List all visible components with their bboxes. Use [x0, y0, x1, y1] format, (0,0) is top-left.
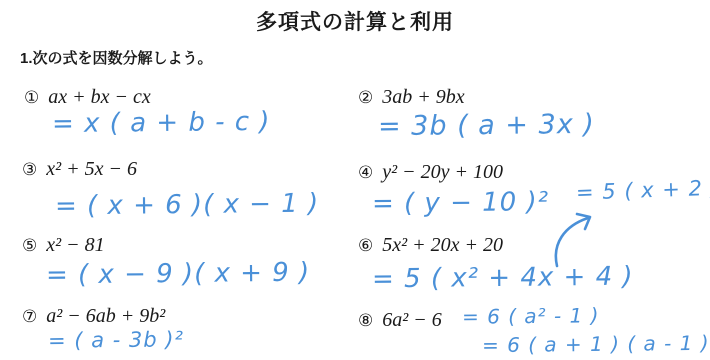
section-heading: 1.次の式を因数分解しよう。	[20, 47, 213, 68]
problem-4: ④y² − 20y + 100	[358, 161, 503, 184]
problem-8: ⑧6a² − 6	[358, 309, 442, 332]
problem-3-expression: x² + 5x − 6	[46, 158, 137, 180]
problem-4-expression: y² − 20y + 100	[382, 161, 503, 183]
problem-6: ⑥5x² + 20x + 20	[358, 234, 503, 257]
problem-5: ⑤x² − 81	[22, 234, 105, 257]
problem-5-answer-handwritten: = ( x − 9 )( x + 9 )	[46, 258, 310, 291]
problem-1-number: ①	[24, 88, 39, 107]
problem-2: ②3ab + 9bx	[358, 86, 465, 109]
problem-8-answer-line1-handwritten: = 6 ( a² - 1 )	[462, 303, 600, 328]
problem-2-number: ②	[358, 88, 373, 107]
problem-2-answer-handwritten: = 3b ( a + 3x )	[378, 109, 595, 142]
problem-6-expression: 5x² + 20x + 20	[382, 234, 503, 256]
worksheet-title: 多項式の計算と利用	[0, 6, 710, 36]
problem-7-answer-handwritten: = ( a - 3b )²	[48, 327, 184, 352]
problem-2-expression: 3ab + 9bx	[382, 86, 464, 108]
problem-8-answer-line2-handwritten: = 6 ( a + 1 ) ( a - 1 )	[482, 331, 710, 357]
problem-3-answer-handwritten: = ( x + 6 )( x − 1 )	[55, 189, 319, 222]
problem-1: ①ax + bx − cx	[24, 86, 151, 109]
curved-arrow-up-icon	[552, 208, 602, 273]
problem-4-answer-handwritten: = ( y − 10 )²	[372, 187, 549, 219]
problem-7-number: ⑦	[22, 307, 37, 326]
problem-3: ③x² + 5x − 6	[22, 158, 137, 181]
annotation-result-note: = 5 ( x + 2 )²	[576, 175, 710, 204]
problem-4-number: ④	[358, 163, 373, 182]
problem-5-expression: x² − 81	[46, 234, 104, 256]
problem-3-number: ③	[22, 160, 37, 179]
problem-7: ⑦a² − 6ab + 9b²	[22, 305, 165, 328]
problem-1-answer-handwritten: = x ( a + b - c )	[52, 107, 271, 139]
problem-5-number: ⑤	[22, 236, 37, 255]
worksheet-page: 多項式の計算と利用 1.次の式を因数分解しよう。 ①ax + bx − cx ②…	[0, 0, 710, 360]
problem-6-number: ⑥	[358, 236, 373, 255]
problem-8-expression: 6a² − 6	[382, 309, 442, 331]
problem-1-expression: ax + bx − cx	[48, 86, 151, 108]
problem-7-expression: a² − 6ab + 9b²	[46, 305, 165, 327]
problem-8-number: ⑧	[358, 311, 373, 330]
